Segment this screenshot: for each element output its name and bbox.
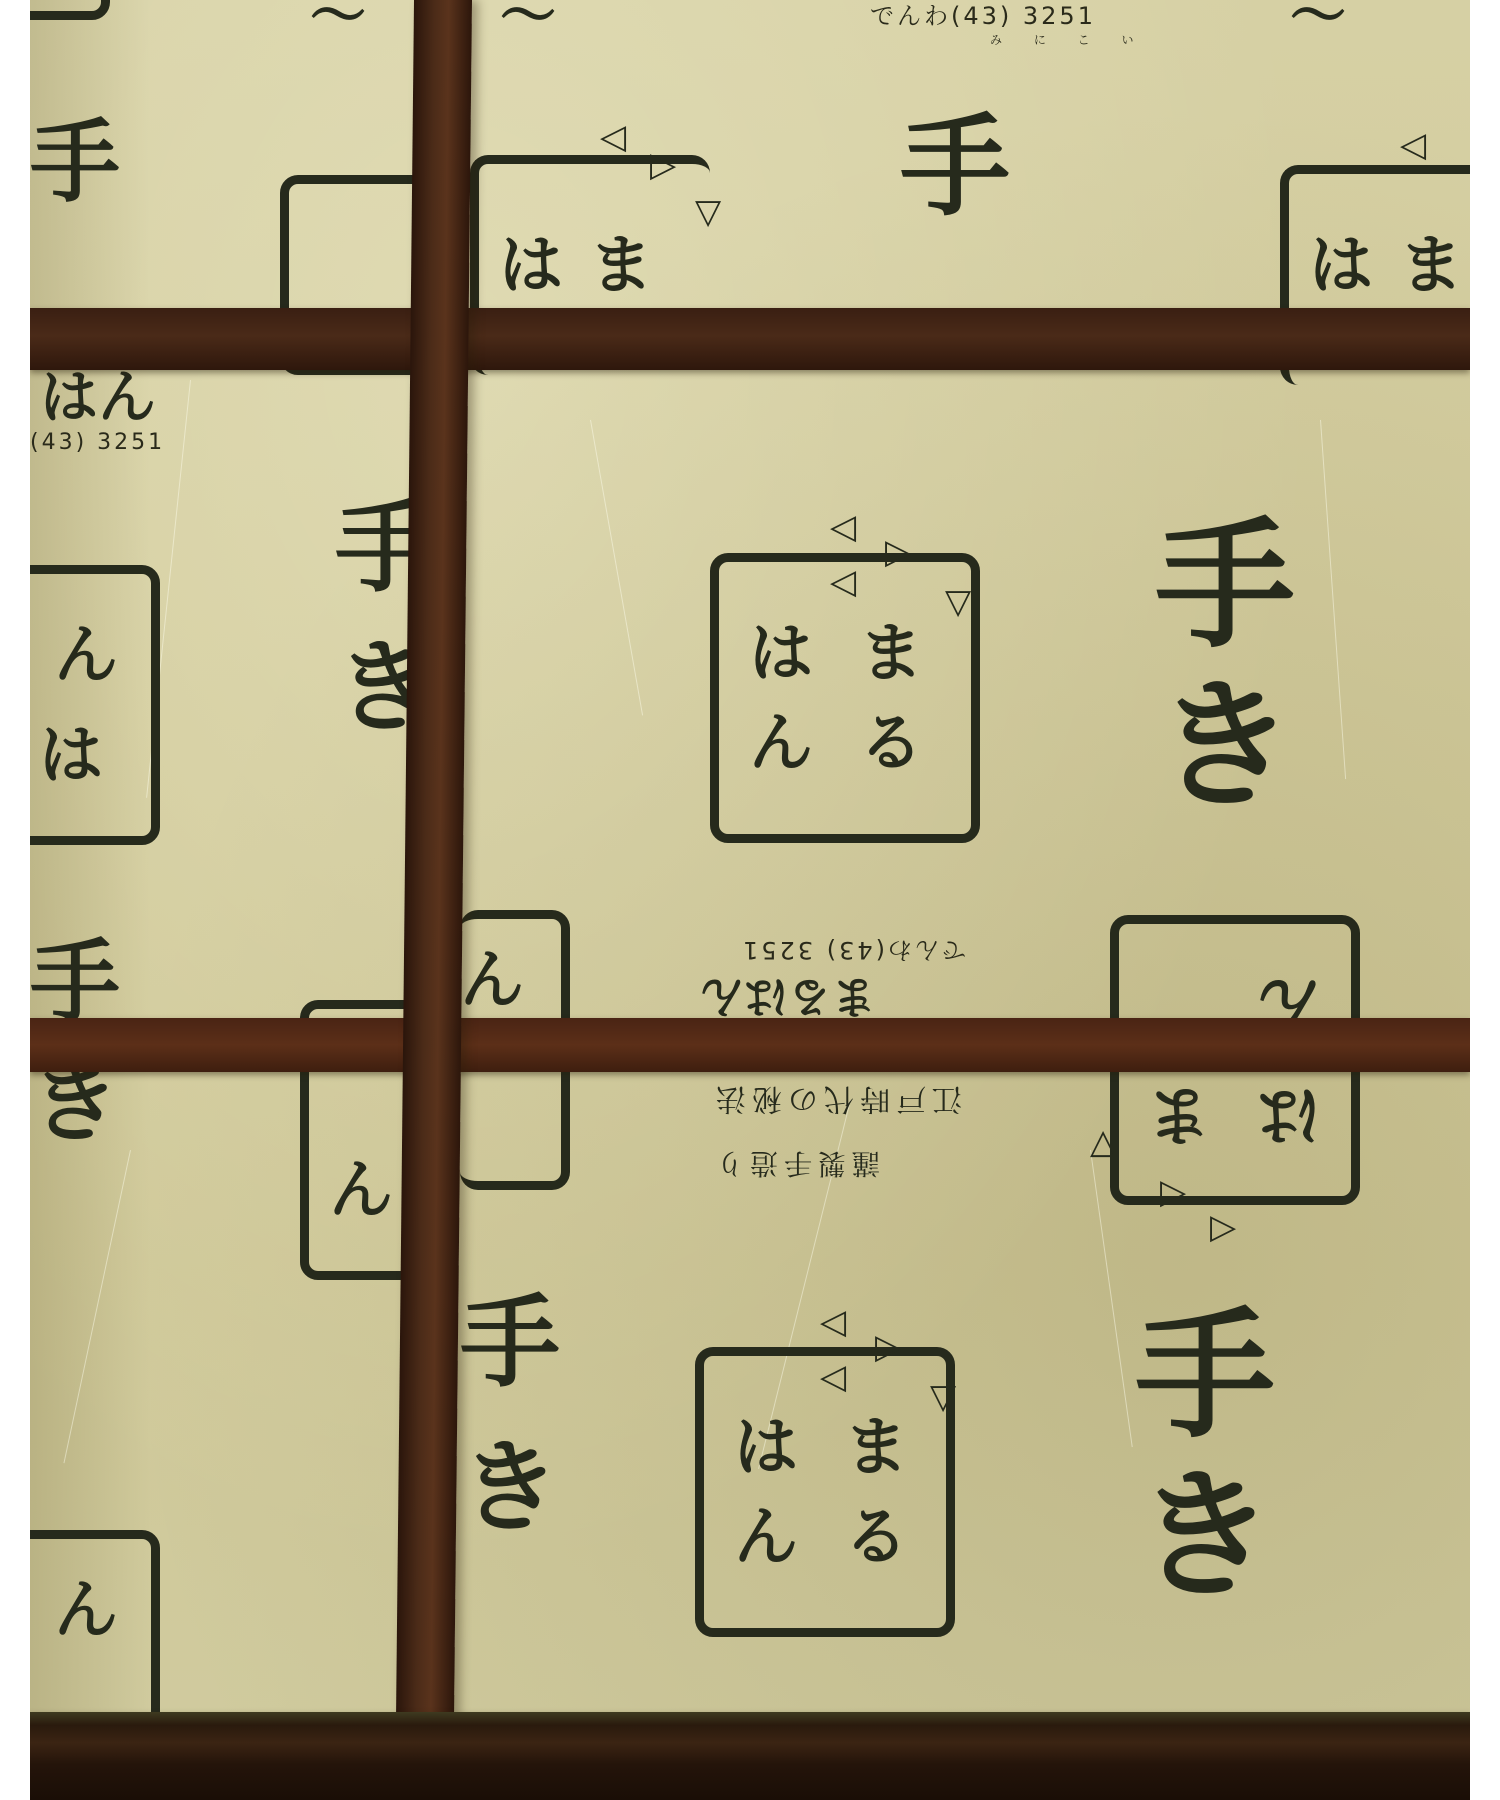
stylized-glyph-fragment: 〜 — [310, 0, 366, 43]
stamp-fragment — [30, 0, 110, 20]
maruhan-stamp-left: ん は — [30, 565, 160, 845]
phone-number-top: でんわ(43) 3251 み に こ い — [870, 0, 1147, 48]
upside-down-text-line: 江戸時代の秘法 — [710, 1080, 962, 1124]
upside-down-text-line: 謹製手造り — [710, 1145, 880, 1185]
fan-ornament-icon: ▷ — [1160, 1175, 1186, 1209]
fan-ornament-icon: ▷ — [1210, 1210, 1236, 1244]
fan-ornament-icon: ◁ — [830, 510, 856, 544]
stylized-glyph-fragment: 〜 — [1290, 0, 1346, 43]
fan-ornament-icon: ◁ — [820, 1305, 846, 1339]
fan-ornament-icon: ◁ — [1400, 128, 1426, 162]
shop-name-fragment: はん — [40, 370, 156, 425]
fan-ornament-icon: ◁ — [820, 1360, 846, 1394]
shoji-photo: でんわ(43) 3251 み に こ い 〜 〜 〜 手 は ま ◁ ▷ ▽ 手… — [30, 0, 1470, 1800]
paper-fibre — [1320, 420, 1346, 779]
lattice-rail-bottom — [30, 1712, 1470, 1800]
fan-ornament-icon: ▷ — [875, 1330, 901, 1364]
lattice-rail-top — [30, 308, 1470, 370]
fan-ornament-icon: ▽ — [930, 1380, 956, 1414]
stylized-glyph: 手 — [30, 120, 120, 206]
fan-ornament-icon: ▽ — [945, 585, 971, 619]
stylized-glyph: 手 — [460, 1295, 560, 1390]
lattice-rail-middle — [30, 1018, 1470, 1072]
phone-number-upside-down: でんわ(43) 3251 — [740, 935, 966, 970]
fan-ornament-icon: ▷ — [885, 535, 911, 569]
stylized-glyph-ki: き — [1155, 680, 1295, 813]
paper-fibre — [590, 420, 643, 716]
stylized-glyph-fragment: 〜 — [500, 0, 556, 43]
stylized-glyph: 手 — [30, 940, 120, 1026]
stylized-glyph-te: 手 — [1155, 520, 1295, 653]
stylized-glyph: 手 — [900, 115, 1010, 220]
fan-ornament-icon: ▽ — [695, 195, 721, 229]
shop-name-upside-down: まるはん — [700, 975, 876, 1017]
stylized-glyph: き — [460, 1440, 560, 1535]
fan-ornament-icon: ◁ — [830, 565, 856, 599]
stylized-glyph: き — [30, 1060, 120, 1146]
stylized-glyph-te: 手 — [1135, 1310, 1275, 1443]
fan-ornament-icon: ◁ — [600, 120, 626, 154]
fan-ornament-icon: △ — [1090, 1125, 1116, 1159]
fan-ornament-icon: ▷ — [650, 148, 676, 182]
stylized-glyph-ki: き — [1135, 1470, 1275, 1603]
phone-number-left: (43) 3251 — [30, 430, 165, 455]
